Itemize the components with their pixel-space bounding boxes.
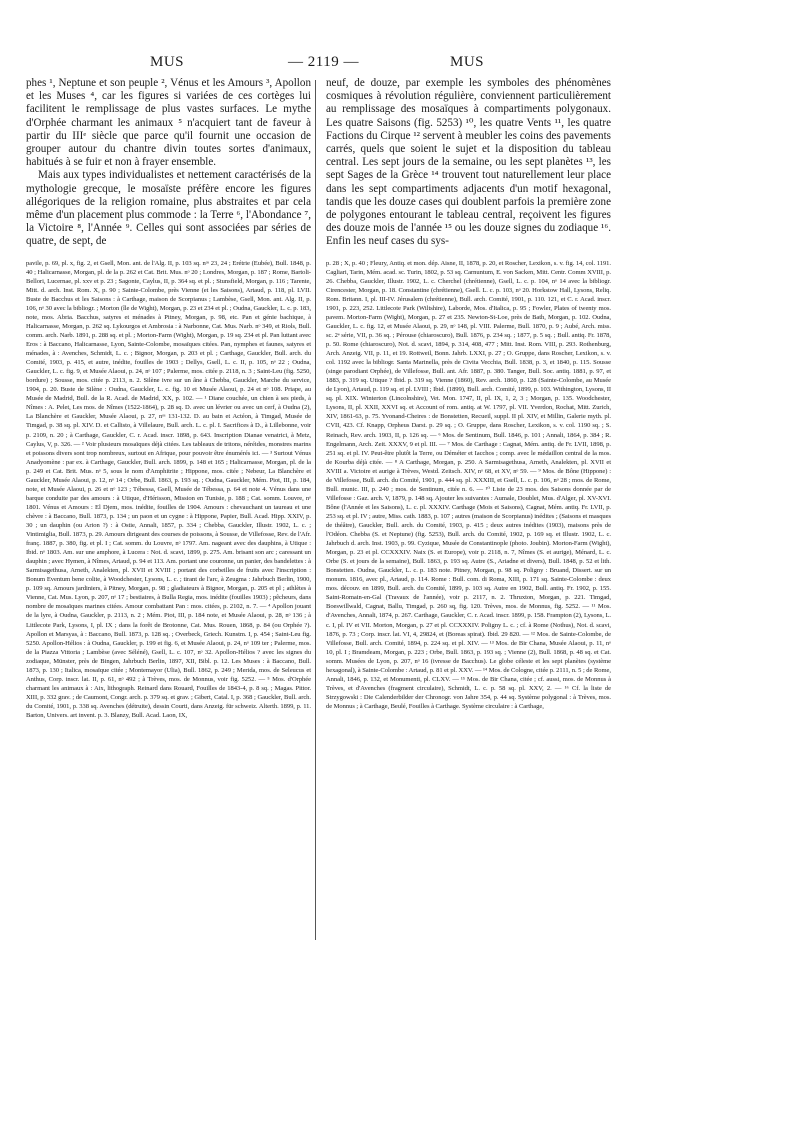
left-body-text: phes ¹, Neptune et son peuple ², Vénus e… — [26, 77, 311, 249]
left-footnotes-text: pavile, p. 69, pl. x, fig. 2, et Gsell, … — [26, 259, 311, 720]
header-right-keyword: MUS — [450, 54, 484, 71]
page-number: — 2119 — — [288, 54, 359, 71]
left-column: phes ¹, Neptune et son peuple ², Vénus e… — [26, 77, 311, 720]
header-left-keyword: MUS — [150, 54, 184, 71]
right-footnotes-text: p. 28 ; X, p. 40 ; Fleury, Antiq. et mon… — [326, 259, 611, 711]
left-paragraph-2: Mais aux types individualistes et nettem… — [26, 169, 311, 248]
left-paragraph-1: phes ¹, Neptune et son peuple ², Vénus e… — [26, 77, 311, 169]
left-footnotes: pavile, p. 69, pl. x, fig. 2, et Gsell, … — [26, 259, 311, 720]
right-paragraph-1: neuf, de douze, par exemple les symboles… — [326, 77, 611, 249]
right-body-text: neuf, de douze, par exemple les symboles… — [326, 77, 611, 249]
right-footnotes: p. 28 ; X, p. 40 ; Fleury, Antiq. et mon… — [326, 259, 611, 711]
right-column: neuf, de douze, par exemple les symboles… — [326, 77, 611, 711]
running-header: MUS — 2119 — MUS — [0, 54, 800, 74]
column-divider — [315, 80, 316, 940]
